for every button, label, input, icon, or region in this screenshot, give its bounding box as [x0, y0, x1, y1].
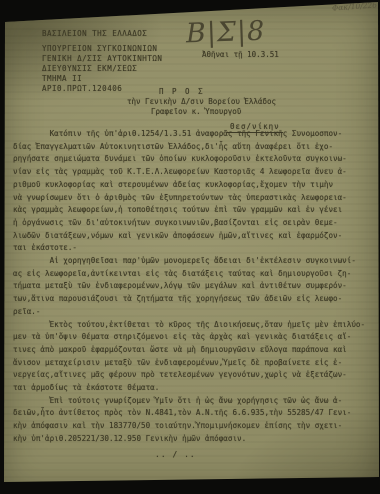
- body-paragraph: Ἐπὶ τούτοις γνωρίζομεν Ὑμῖν ὅτι ἡ ὡς ἄνω…: [13, 395, 379, 446]
- letterhead-division: ΔΙΕΥΘΥΝΣΙΣ ΕΚΜ/ΣΕΩΣ: [42, 64, 162, 74]
- date-line: Ἀθῆναι τῇ 10.3.51: [202, 50, 279, 59]
- pencil-annotation: Φακ/10/226: [332, 0, 378, 12]
- letterhead: ΒΑΣΙΛΕΙΟΝ ΤΗΣ ΕΛΛΑΔΟΣ ΥΠΟΥΡΓΕΙΟΝ ΣΥΓΚΟΙΝ…: [42, 29, 162, 94]
- letterhead-country: ΒΑΣΙΛΕΙΟΝ ΤΗΣ ΕΛΛΑΔΟΣ: [42, 29, 162, 39]
- continuation-mark: .. / ..: [155, 450, 196, 459]
- document-page: Φακ/10/226 Β|Σ|8 ΒΑΣΙΛΕΙΟΝ ΤΗΣ ΕΛΛΑΔΟΣ Υ…: [0, 0, 380, 494]
- recipient-label: Π Ρ Ο Σ: [159, 87, 283, 97]
- scanned-document: Φακ/10/226 Β|Σ|8 ΒΑΣΙΛΕΙΟΝ ΤΗΣ ΕΛΛΑΔΟΣ Υ…: [0, 0, 380, 494]
- letterhead-ministry: ΥΠΟΥΡΓΕΙΟΝ ΣΥΓΚΟΙΝΩΝΙΩΝ: [42, 44, 162, 54]
- letter-body: Κατόπιν τῆς ὑπ'ἀριθ.1254/1.3.51 ἀναφορᾶς…: [13, 128, 379, 446]
- letterhead-department: ΤΜΗΜΑ ΙΙ: [42, 74, 162, 84]
- handwritten-filing-mark: Β|Σ|8: [186, 17, 266, 50]
- recipient-line1: τὴν Γενικὴν Δ/σιν Βορείου Ἑλλάδος: [127, 97, 283, 107]
- body-paragraph: Ἐκτὸς τούτου,ἐκτίθεται τὸ κῦρος τῆς Διοι…: [13, 319, 379, 395]
- body-paragraph: Κατόπιν τῆς ὑπ'ἀριθ.1254/1.3.51 ἀναφορᾶς…: [13, 128, 379, 255]
- recipient-block: Π Ρ Ο Σ τὴν Γενικὴν Δ/σιν Βορείου Ἑλλάδο…: [127, 87, 283, 132]
- body-paragraph: Αἱ χορηγηθεῖσαι παρ'ὑμῶν μονομερεῖς ἄδει…: [13, 255, 379, 319]
- letterhead-directorate: ΓΕΝΙΚΗ Δ/ΣΙΣ ΑΥΤΟΚΙΝΗΤΩΝ: [42, 54, 162, 64]
- recipient-line2: Γραφεῖον κ. Ὑπουργοῦ: [151, 107, 283, 117]
